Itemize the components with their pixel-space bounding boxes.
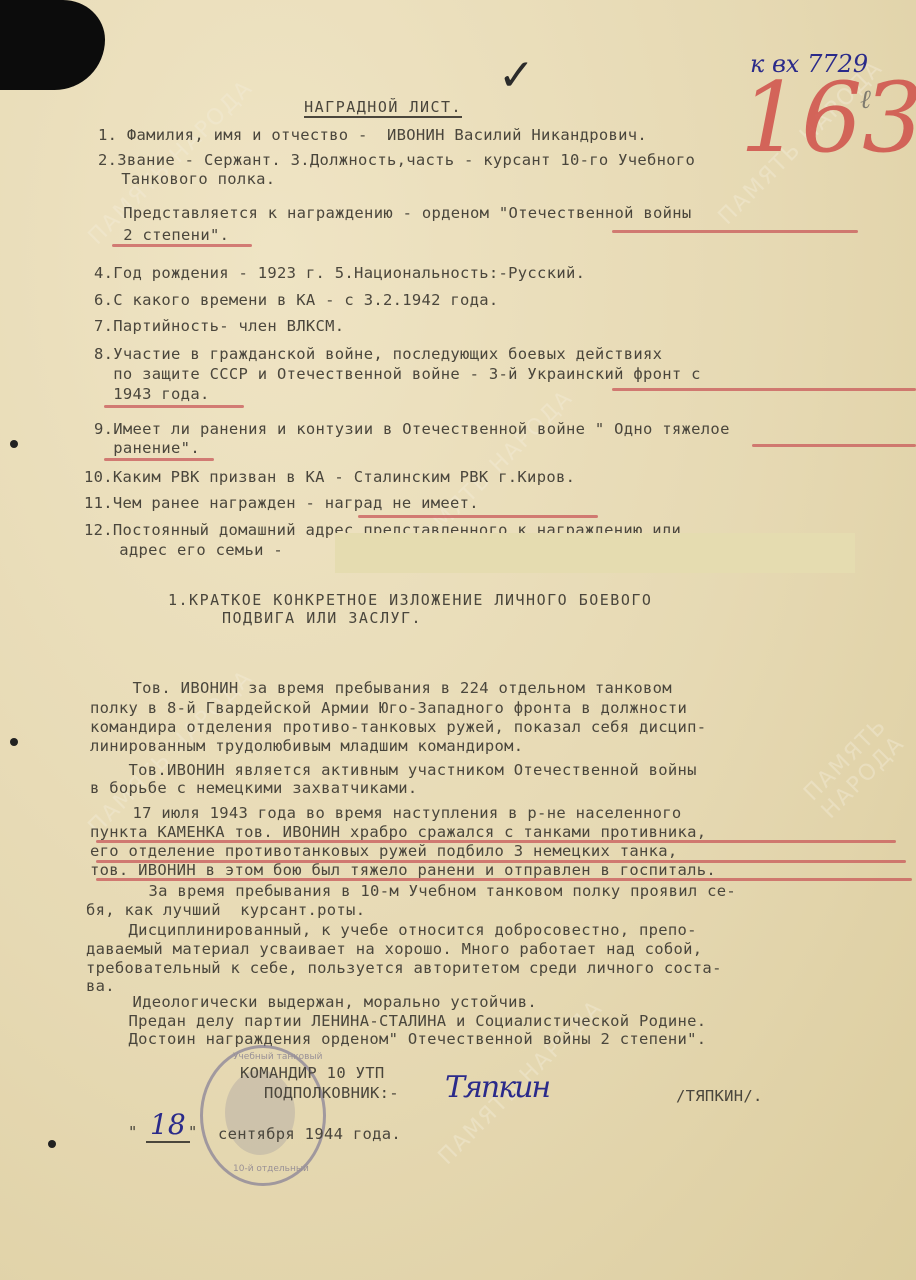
binding-hole xyxy=(10,440,18,448)
body-line: в борьбе с немецкими захватчиками. xyxy=(90,780,417,797)
red-underline xyxy=(358,515,598,518)
field-line: 7.Партийность- член ВЛКСМ. xyxy=(94,318,344,335)
body-line: Дисциплинированный, к учебе относится до… xyxy=(90,922,697,939)
field-line: Танкового полка. xyxy=(102,171,275,188)
body-line: Тов. ИВОНИН за время пребывания в 224 от… xyxy=(94,680,672,697)
field-line: адрес его семьи - xyxy=(100,542,283,559)
red-underline xyxy=(112,244,252,247)
field-line: ранение". xyxy=(94,440,200,457)
date-day: 18 xyxy=(146,1108,190,1143)
body-line: Предан делу партии ЛЕНИНА-СТАЛИНА и Соци… xyxy=(90,1013,706,1030)
binding-hole xyxy=(10,738,18,746)
field-line: 2.Звание - Сержант. 3.Должность,часть - … xyxy=(98,152,695,169)
field-line: 2 степени". xyxy=(104,227,229,244)
checkmark-icon: ✓ xyxy=(498,50,535,101)
body-line: его отделение противотанковых ружей подб… xyxy=(90,843,678,860)
pencil-mark: ℓ xyxy=(860,85,871,115)
field-line: 10.Каким РВК призван в КА - Сталинским Р… xyxy=(84,469,575,486)
red-underline xyxy=(96,878,912,881)
body-line: командира отделения противо-танковых руж… xyxy=(90,719,706,736)
signatory-name: /ТЯПКИН/. xyxy=(676,1088,763,1105)
section-heading: ПОДВИГА ИЛИ ЗАСЛУГ. xyxy=(222,610,422,627)
body-line: тов. ИВОНИН в этом бою был тяжело ранени… xyxy=(90,862,716,879)
red-underline xyxy=(104,458,214,461)
watermark: ПАМЯТЬ НАРОДА xyxy=(799,706,916,823)
body-line: Идеологически выдержан, морально устойчи… xyxy=(94,994,537,1011)
body-line: требовательный к себе, пользуется автори… xyxy=(86,960,722,977)
document-title-text: НАГРАДНОЙ ЛИСТ. xyxy=(304,98,462,118)
body-line: линированным трудолюбивым младшим команд… xyxy=(90,738,523,755)
stamp-text: 10-й отдельный xyxy=(233,1164,309,1174)
section-heading: 1.КРАТКОЕ КОНКРЕТНОЕ ИЗЛОЖЕНИЕ ЛИЧНОГО Б… xyxy=(168,592,652,609)
red-underline xyxy=(96,840,896,843)
date-text: сентября 1944 года. xyxy=(218,1126,401,1143)
signatory-rank: ПОДПОЛКОВНИК:- xyxy=(264,1085,399,1102)
binding-hole xyxy=(48,1140,56,1148)
field-line: 1943 года. xyxy=(94,386,210,403)
body-line: 17 июля 1943 года во время наступления в… xyxy=(94,805,682,822)
redacted-address xyxy=(335,533,855,573)
body-line: бя, как лучший курсант.роты. xyxy=(86,902,365,919)
document-page: ПАМЯТЬ НАРОДА ПАМЯТЬ НАРОДА ПАМЯТЬ НАРОД… xyxy=(0,0,916,1280)
red-underline xyxy=(96,860,906,863)
field-line: 1. Фамилия, имя и отчество - ИВОНИН Васи… xyxy=(98,127,647,144)
signatory-title: КОМАНДИР 10 УТП xyxy=(240,1065,384,1082)
body-line: пункта КАМЕНКА тов. ИВОНИН храбро сражал… xyxy=(90,824,706,841)
field-line: Представляется к награждению - орденом "… xyxy=(104,205,692,222)
date-close-quote: " xyxy=(188,1124,198,1141)
body-line: полку в 8-й Гвардейской Армии Юго-Западн… xyxy=(90,700,687,717)
body-line: За время пребывания в 10-м Учебном танко… xyxy=(110,883,736,900)
body-line: Тов.ИВОНИН является активным участником … xyxy=(90,762,697,779)
red-underline xyxy=(612,230,858,233)
handwritten-signature: Тяпкин xyxy=(445,1070,549,1105)
body-line: даваемый материал усваивает на хорошо. М… xyxy=(86,941,702,958)
field-line: 8.Участие в гражданской войне, последующ… xyxy=(94,346,662,363)
stamp-text: Учебный танковый xyxy=(233,1052,322,1062)
field-line: 9.Имеет ли ранения и контузии в Отечеств… xyxy=(94,421,730,438)
field-line: по защите СССР и Отечественной войне - 3… xyxy=(94,366,701,383)
red-underline xyxy=(104,405,244,408)
date-open-quote: " xyxy=(128,1124,138,1141)
field-line: 6.С какого времени в КА - с 3.2.1942 год… xyxy=(94,292,499,309)
red-underline xyxy=(752,444,916,447)
ink-stain xyxy=(0,0,105,90)
body-line: Достоин награждения орденом" Отечественн… xyxy=(90,1031,706,1048)
red-underline xyxy=(612,388,916,391)
field-line: 4.Год рождения - 1923 г. 5.Национальност… xyxy=(94,265,585,282)
red-pencil-number: 163 xyxy=(740,62,916,174)
field-line: 11.Чем ранее награжден - наград не имеет… xyxy=(84,495,479,512)
